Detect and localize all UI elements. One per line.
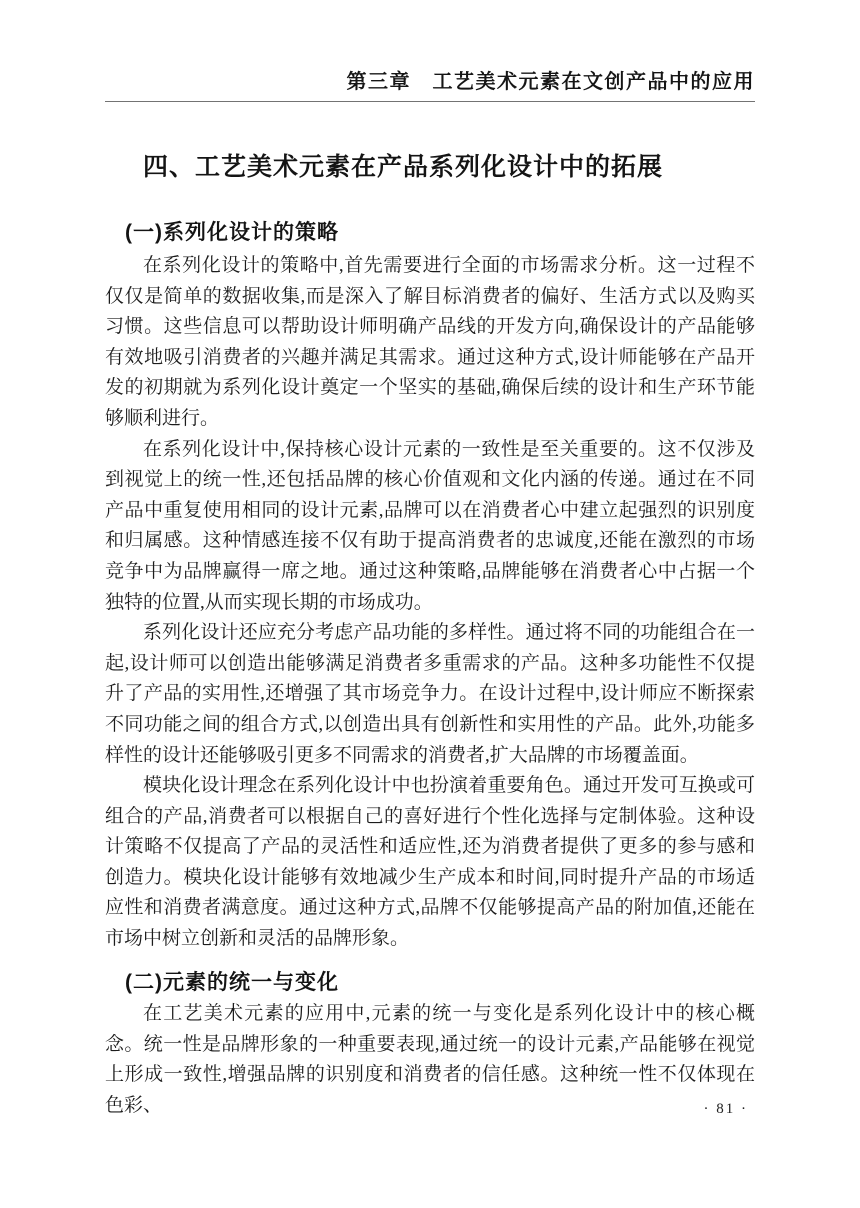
body-paragraph: 在系列化设计中,保持核心设计元素的一致性是至关重要的。这不仅涉及到视觉上的统一性… xyxy=(105,435,755,619)
section-title: 四、工艺美术元素在产品系列化设计中的拓展 xyxy=(143,151,663,183)
body-paragraph: 在系列化设计的策略中,首先需要进行全面的市场需求分析。这一过程不仅仅是简单的数据… xyxy=(105,251,755,435)
subsection-heading-2: (二)元素的统一与变化 xyxy=(125,969,339,997)
body-paragraph: 在工艺美术元素的应用中,元素的统一与变化是系列化设计中的核心概念。统一性是品牌形… xyxy=(105,999,755,1121)
book-page: 第三章 工艺美术元素在文创产品中的应用 四、工艺美术元素在产品系列化设计中的拓展… xyxy=(0,0,860,1208)
body-text-block-2: 在工艺美术元素的应用中,元素的统一与变化是系列化设计中的核心概念。统一性是品牌形… xyxy=(105,999,755,1121)
body-paragraph: 模块化设计理念在系列化设计中也扮演着重要角色。通过开发可互换或可组合的产品,消费… xyxy=(105,771,755,955)
body-text-block-1: 在系列化设计的策略中,首先需要进行全面的市场需求分析。这一过程不仅仅是简单的数据… xyxy=(105,251,755,955)
running-header: 第三章 工艺美术元素在文创产品中的应用 xyxy=(105,70,755,94)
subsection-heading-1: (一)系列化设计的策略 xyxy=(125,219,339,247)
page-number: · 81 · xyxy=(704,1101,749,1118)
header-rule xyxy=(105,101,755,102)
body-paragraph: 系列化设计还应充分考虑产品功能的多样性。通过将不同的功能组合在一起,设计师可以创… xyxy=(105,618,755,771)
